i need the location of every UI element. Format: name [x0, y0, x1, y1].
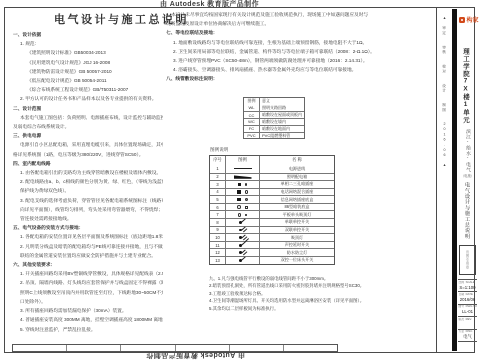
revision-cell — [121, 345, 175, 351]
legend-row: 3 单相二三孔暗插座 — [210, 180, 334, 188]
spec-line: 六、其他安装要求： — [13, 260, 163, 269]
conduit-code: PVC — [244, 133, 260, 139]
legend-row-number: 7 — [210, 211, 226, 218]
legend-symbol-name: 声控延时开关 — [260, 242, 334, 248]
spec-line: 照明C上线须敷设至吊顶内并用软管连至灯位，下线距地30~50CM不允许拉通（门 — [13, 288, 163, 297]
spec-line: 2. 凡明装分线盒及暗装的配电箱均与PE线可靠连接并接地，且与不做等电位 — [13, 242, 163, 251]
spec-line: 向详见平面图），线管均匀排列，弯头处采用弯管器煨弯，不得烧焊；线 — [13, 205, 163, 214]
legend-symbol-cell — [226, 219, 260, 226]
conduit-meaning: 暗敷设在地面内 — [260, 126, 304, 132]
legend-symbol-cell — [226, 242, 260, 249]
spec-line: 保护线为黄绿双色线）。 — [13, 186, 163, 195]
field-label-en: REV. — [466, 318, 472, 321]
legend-symbol-name: 防水防尘灯 — [260, 250, 334, 256]
symbol-legend: 图例说明 序号 图例 名 称 1 电源进线 — [209, 147, 335, 264]
spec-line: 管连接处需跨接接地线。 — [13, 214, 163, 223]
revision-cell — [67, 345, 121, 351]
spec-line: 七、等电位联结及接地： — [166, 28, 434, 37]
spec-line: 3. 进户线穿管预埋PVC（SC50-48m），钢管两端须做防腐处理并可靠接地（… — [166, 56, 434, 65]
title-block-fields: 比例 SCALE S=1:100 日期 DATE 2016/06 图号 DWG … — [458, 279, 477, 341]
legend-symbol-name: 86型暗装底盒 — [260, 204, 334, 210]
legend-header-symbol: 图例 — [226, 156, 260, 165]
title-block-field: 比例 SCALE S=1:100 — [458, 279, 477, 291]
title-block-field: 日期 DATE 2016/06 — [458, 291, 477, 303]
revision-cell — [176, 345, 230, 351]
legend-symbol-name: 照明配电箱 — [260, 174, 334, 180]
company-logo: 构家 — [459, 15, 479, 24]
legend-symbol-cell — [226, 196, 260, 203]
legend-symbol-name: 单联单控开关 — [260, 219, 334, 225]
plotted-cad-sheet: { "watermark": { "top": "由 Autodesk 教育版产… — [0, 0, 480, 360]
spec-line: 《民用建筑电气设计规范》JGJ 16-2008 — [13, 58, 163, 67]
revision-strip — [12, 344, 338, 352]
legend-symbol-icon — [237, 205, 248, 209]
spec-line: 1. 开关插座回路均采用BV塑铜线穿管敷设，具体规格详见配线表（2.5及4平方）… — [13, 269, 163, 278]
legend-symbol-icon — [238, 213, 248, 217]
discipline-label-vertical: 滨江-给水-电气 — [464, 129, 471, 173]
stamp-box: 出图专用章 — [459, 245, 476, 275]
conduit-code: FC — [244, 126, 260, 132]
legend-table: 序号 图例 名 称 1 电源进线 2 — [209, 155, 335, 265]
conduit-meaning: 照明支路回路 — [260, 105, 304, 111]
legend-row-number: 2 — [210, 174, 226, 181]
conduit-table-row: CC 暗敷设在屋面或顶板内 — [244, 111, 304, 118]
conduit-meaning: 暗敷设在屋面或顶板内 — [260, 112, 304, 118]
legend-header-name: 名 称 — [260, 157, 334, 163]
company-logo-icon — [459, 17, 465, 23]
legend-symbol-name: 信息网络插座底盒 — [260, 197, 334, 203]
legend-symbol-name: 双控一位床头开关 — [260, 257, 334, 263]
spec-line: 现场监理及原设计单位协商解决后方可继续施工。 — [166, 19, 434, 28]
spec-line: 四、室内配电线路 — [13, 159, 163, 168]
legend-row-number: 1 — [210, 165, 226, 173]
legend-row-number: 11 — [210, 242, 226, 249]
conduit-table-row: FC 暗敷设在地面内 — [244, 125, 304, 132]
field-value: LL-01 — [458, 308, 477, 315]
legend-row-number: 3 — [210, 181, 226, 188]
conduit-marking-table: 图例 意义 WL 照明支路回路 CC 暗敷设在屋面或顶板内 WC 暗敷设在墙内 — [243, 97, 305, 140]
legend-row: 4 电话网络混合插座 — [210, 188, 334, 196]
field-value: S=1:100 — [458, 284, 477, 291]
revision-cell — [230, 345, 284, 351]
legend-symbol-cell — [226, 204, 260, 211]
field-value: 电气 — [458, 333, 477, 340]
spec-line: 5. 穿线时注意监护，严禁乱拉乱接。 — [13, 325, 163, 334]
legend-row: 12 防水防尘灯 — [210, 248, 334, 256]
legend-symbol-icon — [239, 244, 246, 247]
misc-note-line: 5.其余均以二层样板间为标准执行。 — [209, 305, 435, 313]
legend-symbol-icon — [239, 236, 246, 239]
legend-row: 8 单联单控开关 — [210, 218, 334, 226]
revision-cell — [284, 345, 337, 351]
legend-row-number: 4 — [210, 189, 226, 196]
conduit-table-row: PVC PVC阻燃塑料管 — [244, 132, 304, 139]
conduit-code: WC — [244, 119, 260, 125]
spec-line: 本套电气施工图包括：负荷照明、电源插座布线，设计监控与辅助监控布线以 — [13, 113, 163, 122]
conduit-meaning: PVC阻燃塑料管 — [260, 133, 304, 139]
legend-symbol-icon — [234, 175, 252, 179]
misc-note-line: 2.暗装预留孔洞处，所有管道出线口采用防火密封胶封堵并注明规格型号SC30。 — [209, 282, 435, 290]
title-block-field: 专业 DISC. 电气 — [458, 329, 477, 341]
legend-symbol-cell — [226, 249, 260, 256]
legend-row-number: 5 — [210, 196, 226, 203]
legend-symbol-icon — [237, 198, 248, 202]
spec-line: 1. 地面敷设线路均与等电位联结线可靠连接，生根为基础上端预留钢筋，接地电阻不大… — [166, 38, 434, 47]
spec-line: 4. 普通插座安装高度 300MM 离地，挂壁空调插座高度 1800MM 离地。 — [13, 315, 163, 324]
middle-column: 4. 本设计未尽事宜均按国家现行有关设计规范及施工验收规范执行，现场施工中如遇问… — [166, 10, 434, 313]
spec-line: 《建筑物防雷设计规范》GB 50057-2010 — [13, 67, 163, 76]
title-block-small-note: （电施） — [458, 173, 477, 178]
legend-symbol-cell — [226, 234, 260, 241]
legend-row: 2 照明配电箱 — [210, 173, 334, 181]
spec-line: 电源引自小区总配电箱，采用直埋电缆引来，具体位置现场确定，其中电缆规 — [13, 140, 163, 149]
legend-symbol-cell — [226, 181, 260, 188]
spec-line: 1. 由各配电箱引出的支路均为主线穿管暗敷设在楼板及墙体内敷设。 — [13, 168, 163, 177]
field-value: 2016/06 — [458, 296, 477, 303]
legend-symbol-icon — [239, 229, 246, 232]
legend-row: 6 86型暗装底盒 — [210, 203, 334, 211]
conduit-code: CC — [244, 112, 260, 118]
spec-line: 3. 所有插座回路均需加装漏电保护（30mA）装置。 — [13, 306, 163, 315]
spec-line: 2. 吊顶、隔墙内线路、灯头线均应套管保护并与线盒固定不得裸露（距顶30~40C… — [13, 278, 163, 287]
title-block-footer-box — [458, 341, 477, 352]
spec-line: 2. 甲方认可的设计任务书和产品样本以及各专业提供的有关资料。 — [13, 94, 163, 103]
legend-row-number: 8 — [210, 219, 226, 226]
legend-row-number: 10 — [210, 234, 226, 241]
legend-row-number: 9 — [210, 227, 226, 234]
project-name-vertical: 理工学院7X楼1单元 — [461, 48, 470, 124]
legend-symbol-icon — [234, 168, 252, 169]
legend-symbol-name: 电话网络混合插座 — [260, 189, 334, 195]
legend-caption: 图例说明 — [210, 147, 335, 153]
spec-line: 二、设计范围 — [13, 104, 163, 113]
legend-symbol-name: 单相二三孔暗插座 — [260, 181, 334, 187]
legend-symbol-cell — [226, 257, 260, 264]
misc-note-line: 3.工程竣工验收须达标合格。 — [209, 290, 435, 298]
spec-line: 《综合布线系统工程设计规范》GB/T50311-2007 — [13, 85, 163, 94]
legend-row: 9 双联单控开关 — [210, 226, 334, 234]
legend-row: 11 声控延时开关 — [210, 241, 334, 249]
legend-symbol-name: 电源进线 — [260, 166, 334, 172]
legend-symbol-icon — [239, 221, 246, 224]
legend-row: 1 电源进线 — [210, 165, 334, 173]
legend-symbol-icon — [239, 251, 246, 254]
conduit-table-row: WL 照明支路回路 — [244, 104, 304, 111]
legend-row-number: 6 — [210, 204, 226, 211]
legend-row: 7 平板单头吸顶灯 — [210, 210, 334, 218]
legend-symbol-cell — [226, 165, 260, 173]
misc-notes-section: 九、1.凡与强电线管平行敷设的弱电线管间距不小于300mm。 2.暗装预留孔洞处… — [209, 275, 435, 313]
spec-line: 3. 配电支线的选择考虑负荷，穿管管径见各配电箱系统图标注（线路布置方 — [13, 196, 163, 205]
conduit-header-symbol: 图例 — [244, 98, 260, 105]
misc-note-line: 九、1.凡与强电线管平行敷设的弱电线管间距不小于300mm。 — [209, 275, 435, 283]
conduit-meaning: 暗敷设在墙内 — [260, 119, 304, 125]
legend-header-row: 序号 图例 名 称 — [210, 156, 334, 165]
legend-row-number: 12 — [210, 249, 226, 256]
spec-line: 一、设计依据 — [13, 30, 163, 39]
spec-line: 五、电气设备的安装方式与接地： — [13, 223, 163, 232]
signature-column-vertical: ▲ 审定 审核 校对 设计 制图 2016.06 ▲ — [439, 16, 451, 344]
spec-line: 《建筑照明设计标准》GB50034-2013 — [13, 48, 163, 57]
conduit-table-body: WL 照明支路回路 CC 暗敷设在屋面或顶板内 WC 暗敷设在墙内 FC 暗敷设… — [244, 104, 304, 138]
legend-body: 1 电源进线 2 照明配电箱 — [210, 165, 334, 264]
spec-line: 格详见系统图（1路，电压等级为380/220V，进线穿管SC50）。 — [13, 150, 163, 159]
middle-column-notes: 4. 本设计未尽事宜均按国家现行有关设计规范及施工验收规范执行，现场施工中如遇问… — [166, 10, 434, 84]
left-column-notes: 一、设计依据 1. 规范： 《建筑照明设计标准》GB50034-2013 《民用… — [13, 30, 163, 334]
legend-symbol-cell — [226, 189, 260, 196]
legend-symbol-name: 平板单头吸顶灯 — [260, 212, 334, 218]
field-label: 版次 REV. — [458, 318, 477, 321]
spec-line: 1. 规范： — [13, 39, 163, 48]
revision-cell — [13, 345, 67, 351]
title-block-divider — [436, 7, 437, 353]
spec-line: 口处除外）。 — [13, 297, 163, 306]
stamp-text: 出图专用章 — [465, 250, 470, 270]
legend-symbol-icon — [239, 259, 246, 262]
drawing-title-vertical: 电气设计与施工总说明 — [464, 182, 471, 239]
legend-row: 13 双控一位床头开关 — [210, 256, 334, 264]
legend-row-number: 13 — [210, 257, 226, 264]
legend-row: 10 吸顶灯 — [210, 233, 334, 241]
conduit-header-meaning: 意义 — [260, 98, 304, 104]
conduit-code: WL — [244, 104, 260, 111]
legend-symbol-cell — [226, 211, 260, 218]
legend-row: 5 信息网络插座底盒 — [210, 195, 334, 203]
field-label-cn: 版次 — [459, 318, 465, 321]
spec-line: 《低压配电设计规范》GB 50054-2011 — [13, 76, 163, 85]
title-block-field: 版次 REV. — [458, 316, 477, 328]
legend-symbol-cell — [226, 227, 260, 234]
spec-line: 4. 浴霸接头、空调器接头、排风扇插座、热水器等金属外壳均应与等电位联结可靠接地… — [166, 65, 434, 74]
spec-line: 1. 各配电箱的安装位置详见各层平面图及系统图标注（底边距地1.8米）。 — [13, 232, 163, 241]
legend-symbol-icon — [237, 190, 248, 194]
conduit-table-header: 图例 意义 — [244, 98, 304, 105]
spec-line: 2. 配电线路由a、b、c相线的颜色分别为黄、绿、红色，（零线为浅蓝色、 — [13, 177, 163, 186]
legend-symbol-name: 双联单控开关 — [260, 227, 334, 233]
spec-line: 4. 本设计未尽事宜均按国家现行有关设计规范及施工验收规范执行，现场施工中如遇问… — [166, 10, 434, 19]
spec-line: 三、供电电源 — [13, 131, 163, 140]
legend-symbol-cell — [226, 174, 260, 181]
misc-note-line: 4.卫生间等潮湿场所灯具、开关均选用防水型并远离淋浴区安装（详见平面图）。 — [209, 297, 435, 305]
company-logo-text: 构家 — [467, 15, 479, 24]
spec-line: 联结的金属管道安装位置均应做安全防护措施并与土建专业配合。 — [13, 251, 163, 260]
title-block-field: 图号 DWG NO. LL-01 — [458, 304, 477, 316]
title-block-black-bar — [452, 9, 457, 351]
conduit-table-row: WC 暗敷设在墙内 — [244, 118, 304, 125]
spec-line: 2. 卫生间采用局部等电位联结，金属管道、构件等均与等电位端子箱可靠联结（200… — [166, 47, 434, 56]
legend-symbol-name: 吸顶灯 — [260, 235, 334, 241]
legend-symbol-icon — [238, 183, 248, 187]
legend-header-no: 序号 — [210, 156, 226, 165]
spec-line: 八、线管敷设标注说明： — [166, 74, 434, 83]
spec-line: 及弱电综合布线系统设计。 — [13, 122, 163, 131]
